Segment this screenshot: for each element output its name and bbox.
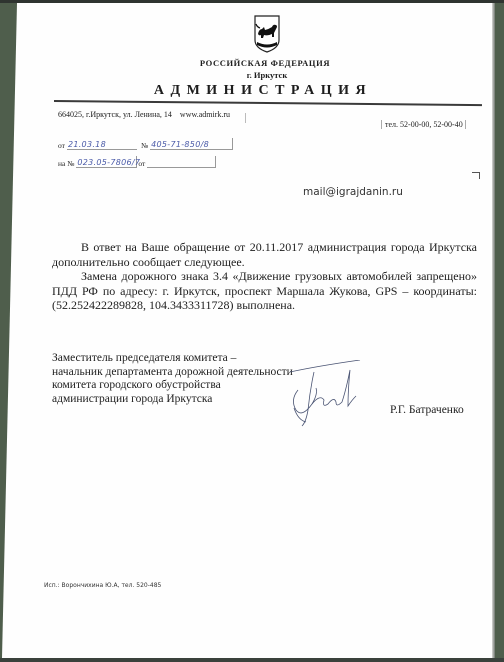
body-paragraph: В ответ на Ваше обращение от 20.11.2017 … bbox=[52, 240, 477, 269]
recipient-email: mail@igrajdanin.ru bbox=[303, 186, 403, 198]
scan-top-edge bbox=[0, 0, 504, 3]
page-edge-shadow bbox=[492, 3, 495, 658]
organization-address: 664025, г.Иркутск, ул. Ленина, 14 www.ad… bbox=[58, 110, 230, 119]
executor-info: Исп.: Ворончихина Ю.А, тел. 520-485 bbox=[44, 582, 161, 589]
address-divider bbox=[245, 113, 246, 123]
handwritten-signature-icon bbox=[288, 360, 368, 430]
reply-date-field bbox=[147, 156, 216, 168]
reply-to-field: 023.05-7806/7 bbox=[76, 156, 137, 168]
outgoing-reference-row: от 21.03.18 № 405-71-850/8 bbox=[58, 138, 233, 150]
position-line: администрации города Иркутска bbox=[52, 393, 293, 407]
date-field: 21.03.18 bbox=[67, 138, 137, 150]
scan-bottom-edge bbox=[0, 658, 504, 662]
position-line: начальник департамента дорожной деятельн… bbox=[52, 366, 293, 380]
organization-title: АДМИНИСТРАЦИЯ bbox=[0, 83, 504, 99]
number-value: 405-71-850/8 bbox=[151, 140, 209, 149]
letter-body: В ответ на Ваше обращение от 20.11.2017 … bbox=[52, 240, 477, 313]
reply-to-label: на № bbox=[58, 159, 74, 168]
website-link[interactable]: www.admirk.ru bbox=[180, 110, 230, 119]
irkutsk-coat-of-arms-icon bbox=[252, 14, 282, 54]
street-address: 664025, г.Иркутск, ул. Ленина, 14 bbox=[58, 110, 172, 119]
signer-position: Заместитель председателя комитета – нача… bbox=[52, 352, 293, 406]
address-window-corner bbox=[472, 172, 480, 179]
phone-numbers: тел. 52-00-00, 52-00-40 bbox=[381, 120, 466, 129]
position-line: Заместитель председателя комитета – bbox=[52, 352, 293, 366]
body-paragraph: Замена дорожного знака 3.4 «Движение гру… bbox=[52, 269, 477, 313]
number-field: 405-71-850/8 bbox=[150, 138, 233, 150]
signer-name: Р.Г. Батраченко bbox=[390, 404, 464, 416]
reply-to-value: 023.05-7806/7 bbox=[77, 158, 140, 167]
date-value: 21.03.18 bbox=[68, 140, 106, 149]
incoming-reference-row: на № 023.05-7806/7 от bbox=[58, 156, 216, 168]
city-name: г. Иркутск bbox=[0, 70, 504, 80]
position-line: комитета городского обустройства bbox=[52, 379, 293, 393]
date-label: от bbox=[58, 141, 65, 150]
number-label: № bbox=[141, 141, 148, 150]
country-name: РОССИЙСКАЯ ФЕДЕРАЦИЯ bbox=[0, 58, 504, 68]
